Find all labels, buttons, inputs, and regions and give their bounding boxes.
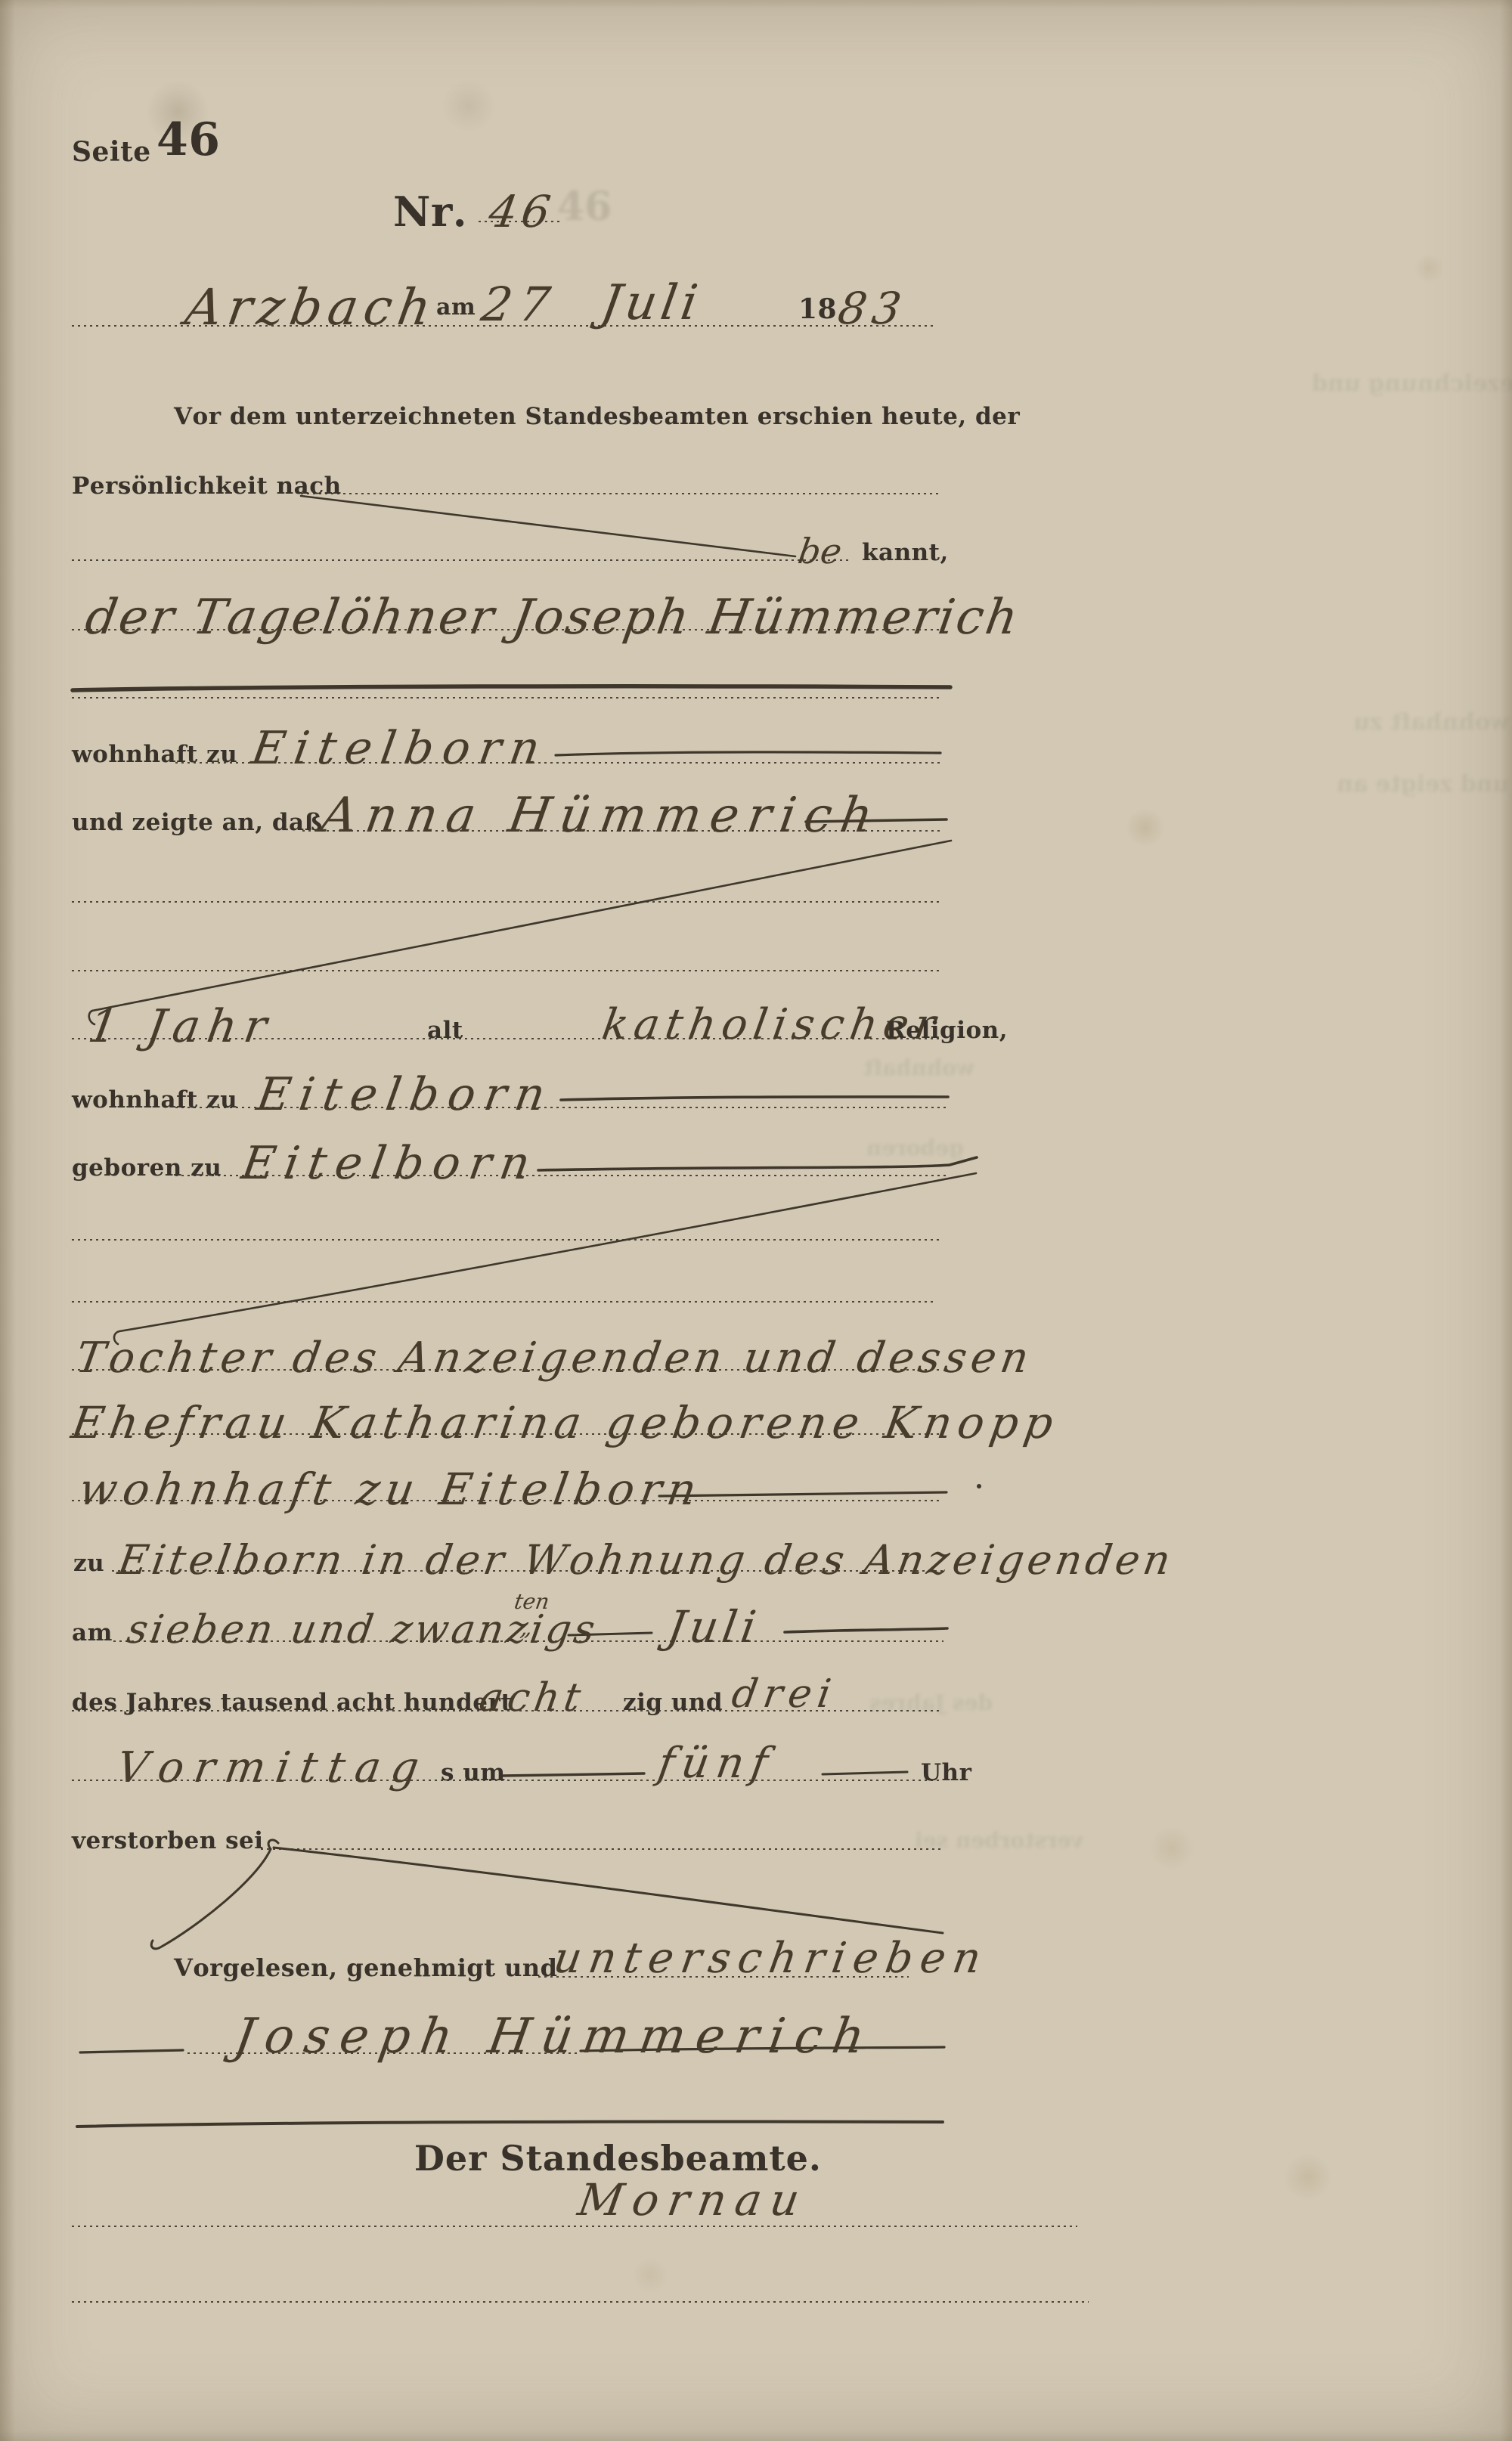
jahr-label: des Jahres tausend acht hundert [72, 1689, 512, 1716]
deceased-name: Anna Hümmerich [318, 788, 885, 844]
page-number: 46 [156, 113, 221, 166]
deceased-age: 1 Jahr [85, 1000, 277, 1053]
record-number-label: Nr. [393, 187, 467, 236]
religion-label: Religion, [886, 1017, 1008, 1044]
record-number-value: 46 [485, 186, 559, 237]
strike-line-3 [114, 1173, 976, 1344]
death-month: Juli [664, 1601, 764, 1653]
uhr-label: Uhr [921, 1759, 971, 1786]
year-unit: drei [729, 1671, 840, 1717]
bleedthrough-text: des Jahres [869, 1690, 993, 1715]
geboren-label: geboren zu [72, 1154, 222, 1182]
closing-rule [77, 2122, 943, 2127]
registrar-title: Der Standesbeamte. [414, 2138, 822, 2179]
unterschrieben-handwritten: unterschrieben [550, 1934, 992, 1983]
wohnhaft-label-2: wohnhaft zu [72, 1086, 237, 1114]
fill-line-residence-1 [556, 752, 940, 755]
death-day-suffix: ten [513, 1589, 551, 1614]
dotted-rule-empty-3 [72, 1238, 943, 1241]
bleedthrough-text: wohnhaft zu [1353, 709, 1510, 736]
strike-triangle-left [151, 1840, 278, 1949]
death-place: Eitelborn in der Wohnung des Anzeigenden [115, 1536, 1177, 1584]
vorgelesen-label: Vorgelesen, genehmigt und [174, 1953, 558, 1982]
registry-page: Seite 46 Nr. 46 46 Arzbach am 27 Juli 18… [0, 0, 1512, 2441]
registrar-signature: Mornau [575, 2174, 812, 2226]
death-hour: fünf [655, 1739, 779, 1788]
strike-line-2 [89, 841, 951, 1024]
registry-day: 27 [478, 277, 561, 332]
wohnhaft-label-1: wohnhaft zu [72, 741, 237, 768]
fill-line-after-month [785, 1628, 947, 1632]
verstorben-label: verstorben sei [72, 1827, 264, 1854]
dotted-rule-persoenlichkeit [301, 492, 940, 494]
registry-year: 83 [835, 283, 911, 334]
dotted-rule-registrar-2 [72, 2300, 1089, 2303]
zeigte-label: und zeigte an, daß [72, 809, 323, 836]
kannt-label: kannt, [862, 539, 949, 566]
zu-label: zu [73, 1550, 104, 1577]
registry-month: Juli [597, 275, 706, 331]
daytime: Vormittag [113, 1743, 432, 1792]
dotted-rule-under-heavy [72, 696, 941, 699]
bleedthrough-text: und zeigte an [1337, 771, 1509, 798]
fill-line-after-hour [823, 1772, 907, 1774]
persoenlichkeit-label: Persönlichkeit nach [72, 472, 342, 500]
fill-line-residence-3 [659, 1492, 947, 1496]
dotted-rule-bekannt [72, 559, 850, 561]
dotted-rule-empty-1 [72, 900, 943, 903]
alt-label: alt [427, 1017, 463, 1044]
registry-place: Arzbach [181, 278, 441, 336]
birthplace: Eitelborn [238, 1137, 543, 1190]
record-number-ghost: 46 [557, 184, 612, 230]
strike-triangle-diagonal [274, 1848, 943, 1933]
year-printed-prefix: 18 [798, 293, 837, 325]
parents-line-3: wohnhaft zu Eitelborn [76, 1464, 706, 1515]
bleedthrough-text: geboren [866, 1135, 964, 1160]
residence-2: Eitelborn [253, 1068, 558, 1121]
heavy-rule [73, 686, 950, 690]
bleedthrough-text: Bezeichnung und [1312, 370, 1512, 397]
declarant-signature: Joseph Hümmerich [231, 2009, 879, 2065]
ink-strokes-overlay [0, 0, 1512, 2441]
strike-line-1 [301, 496, 795, 556]
am-label-2: am [72, 1619, 113, 1646]
zig-und-label: zig und [623, 1689, 723, 1716]
dotted-rule-empty-4 [72, 1300, 934, 1303]
page-side-label: Seite [72, 136, 151, 168]
parents-line-1: Tochter des Anzeigenden und dessen [73, 1334, 1036, 1383]
residence-1: Eitelborn [248, 722, 553, 775]
year-decade: acht [476, 1675, 588, 1721]
s-um-label: s um [441, 1759, 506, 1786]
signature-rule-left [80, 2050, 183, 2052]
fill-line-before-hour [502, 1773, 644, 1776]
be-handwritten: be [795, 531, 844, 572]
ink-dot [977, 1484, 981, 1488]
am-label: am [436, 294, 476, 321]
parents-line-2: Ehefrau Katharina geborene Knopp [68, 1397, 1063, 1448]
bleedthrough-text: wohnhaft [863, 1055, 974, 1080]
fill-line-residence-2 [561, 1097, 948, 1100]
dotted-rule-empty-2 [72, 969, 943, 971]
dotted-rule-verstorben [261, 1848, 941, 1850]
intro-line: Vor dem unterzeichneten Standesbeamten e… [174, 403, 1020, 430]
declarant-name: der Tagelöhner Joseph Hümmerich [82, 590, 1024, 646]
bleedthrough-text: verstorben sei [915, 1828, 1083, 1853]
